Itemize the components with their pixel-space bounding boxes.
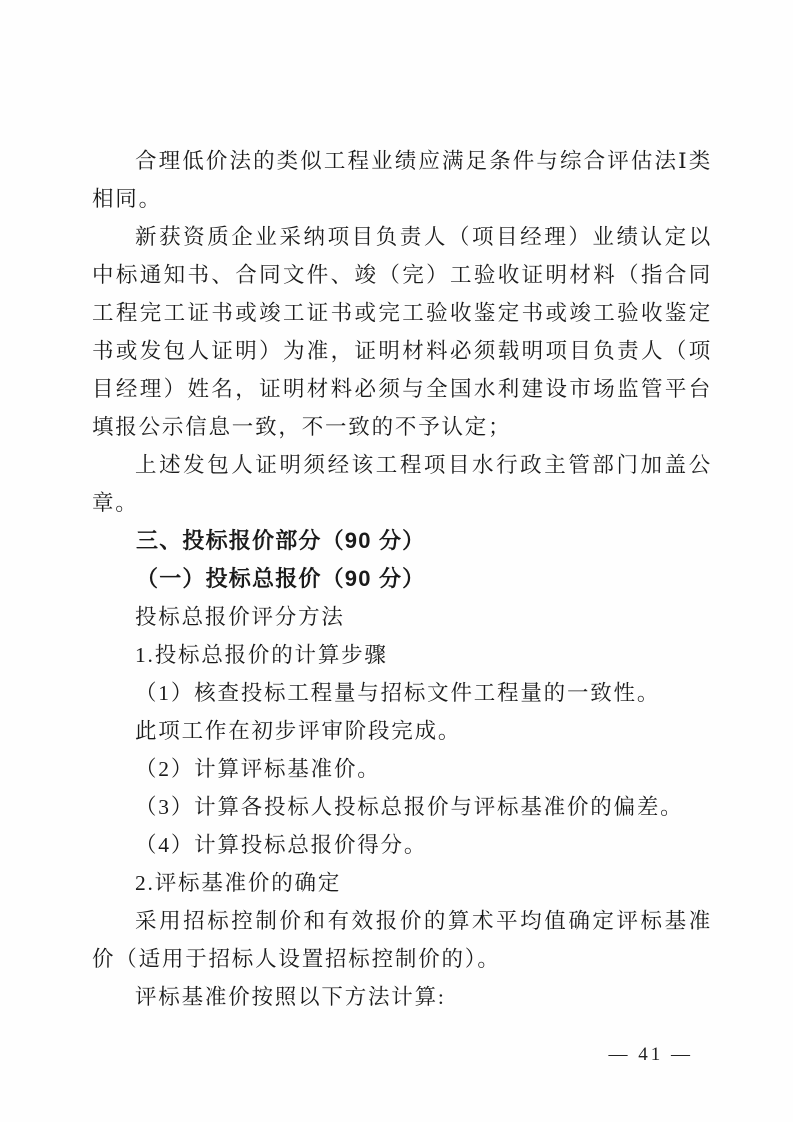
paragraph: （2）计算评标基准价。: [92, 750, 712, 788]
paragraph: 投标总报价评分方法: [92, 598, 712, 636]
paragraph: 2.评标基准价的确定: [92, 864, 712, 902]
paragraph: 合理低价法的类似工程业绩应满足条件与综合评估法Ⅰ类相同。: [92, 142, 712, 218]
paragraph: （4）计算投标总报价得分。: [92, 826, 712, 864]
document-body: 合理低价法的类似工程业绩应满足条件与综合评估法Ⅰ类相同。新获资质企业采纳项目负责…: [92, 142, 712, 1016]
paragraph: （1）核查投标工程量与招标文件工程量的一致性。: [92, 674, 712, 712]
paragraph: 新获资质企业采纳项目负责人（项目经理）业绩认定以中标通知书、合同文件、竣（完）工…: [92, 218, 712, 446]
section-heading: 三、投标报价部分（90 分）: [92, 522, 712, 560]
paragraph: 上述发包人证明须经该工程项目水行政主管部门加盖公章。: [92, 446, 712, 522]
document-page: 合理低价法的类似工程业绩应满足条件与综合评估法Ⅰ类相同。新获资质企业采纳项目负责…: [0, 0, 793, 1122]
page-number: — 41 —: [609, 1044, 694, 1066]
paragraph: 评标基准价按照以下方法计算:: [92, 978, 712, 1016]
section-heading: （一）投标总报价（90 分）: [92, 560, 712, 598]
paragraph: 此项工作在初步评审阶段完成。: [92, 712, 712, 750]
paragraph: 1.投标总报价的计算步骤: [92, 636, 712, 674]
paragraph: 采用招标控制价和有效报价的算术平均值确定评标基准价（适用于招标人设置招标控制价的…: [92, 902, 712, 978]
paragraph: （3）计算各投标人投标总报价与评标基准价的偏差。: [92, 788, 712, 826]
